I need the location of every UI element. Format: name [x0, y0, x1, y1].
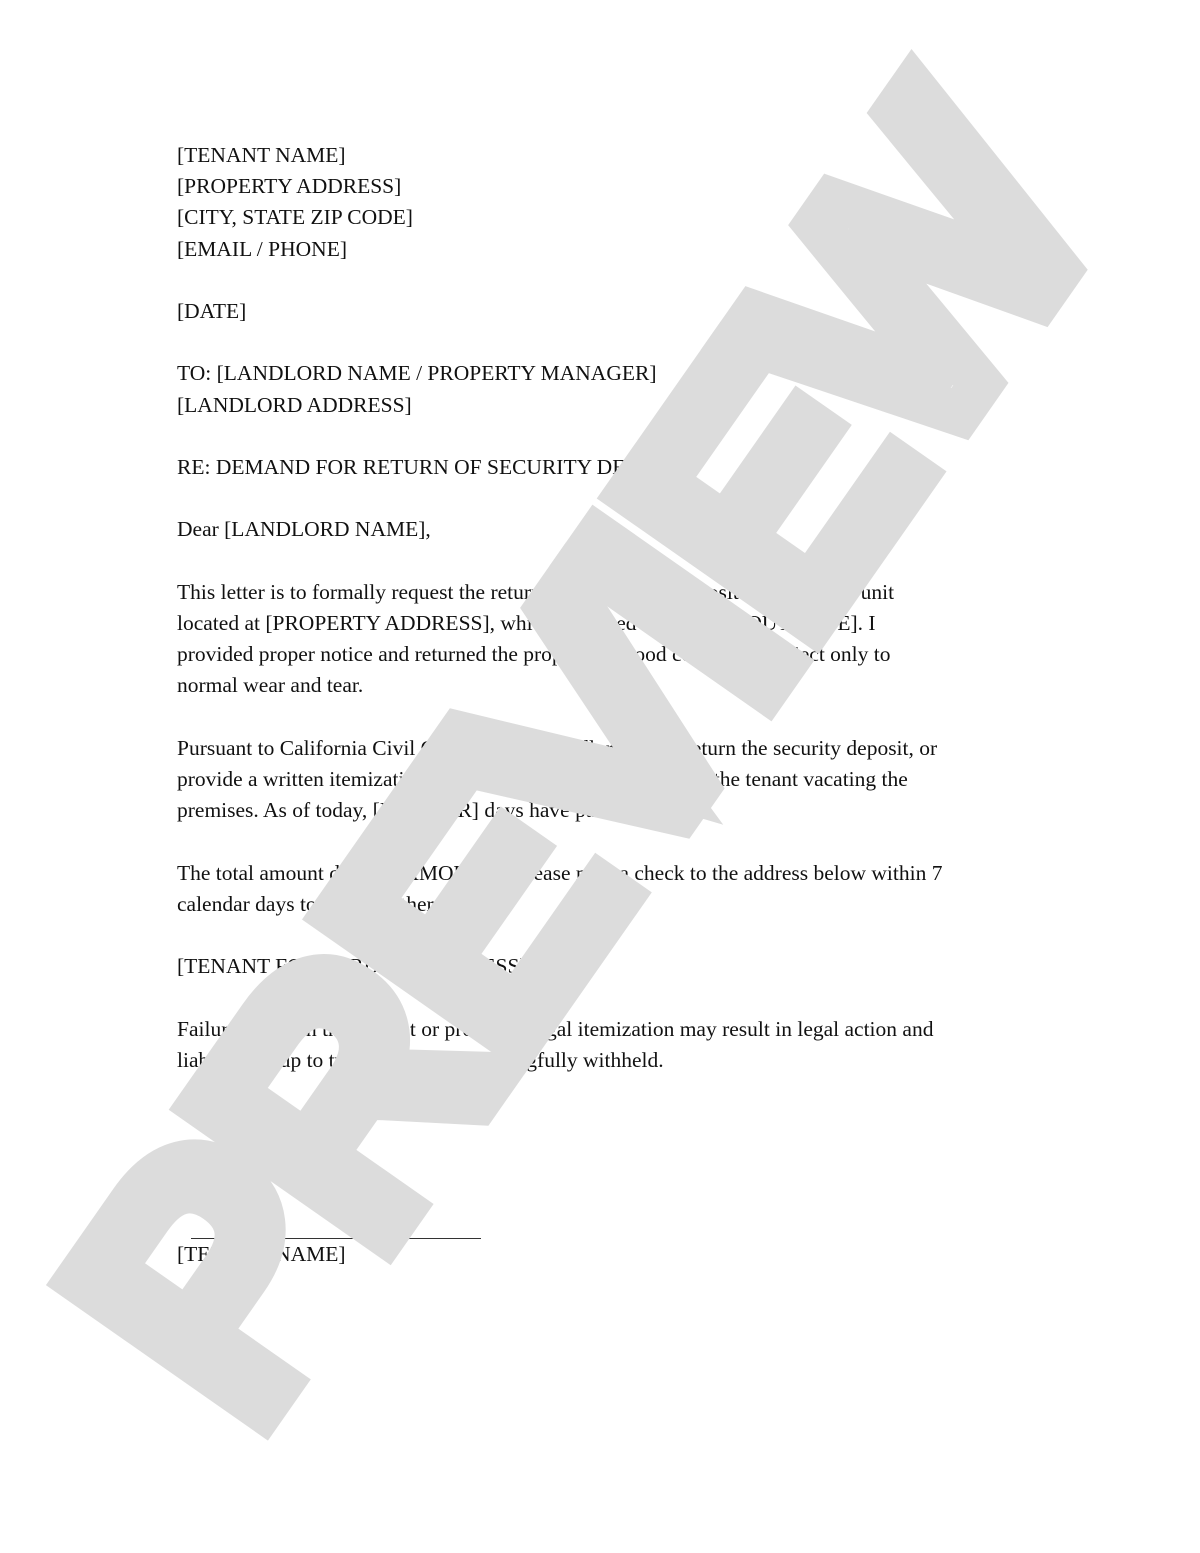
closing: Sincerely, [177, 1169, 1027, 1200]
paragraph: [TENANT FORWARDING ADDRESS] [177, 951, 1027, 982]
paragraph-line: provide a written itemization of deducti… [177, 764, 1027, 795]
paragraph: This letter is to formally request the r… [177, 577, 1027, 702]
sender-name: [TENANT NAME] [177, 140, 1027, 171]
closing-spacer [177, 1107, 1027, 1169]
recipient-address: [LANDLORD ADDRESS] [177, 390, 1027, 421]
recipient-block: TO: [LANDLORD NAME / PROPERTY MANAGER] [… [177, 358, 1027, 420]
paragraph-line: located at [PROPERTY ADDRESS], which I v… [177, 608, 1027, 639]
paragraph-line: [TENANT FORWARDING ADDRESS] [177, 951, 1027, 982]
salutation-block: Dear [LANDLORD NAME], [177, 514, 1027, 545]
paragraph: Pursuant to California Civil Code §1950.… [177, 733, 1027, 827]
paragraph-line: normal wear and tear. [177, 670, 1027, 701]
paragraph-line: calendar days to avoid further action. [177, 889, 1027, 920]
letter-date: [DATE] [177, 296, 1027, 327]
signature-name: [TENANT NAME] [177, 1239, 1027, 1270]
paragraph-line: premises. As of today, [NUMBER] days hav… [177, 795, 1027, 826]
letter-body: [TENANT NAME] [PROPERTY ADDRESS] [CITY, … [177, 140, 1027, 1271]
sender-block: [TENANT NAME] [PROPERTY ADDRESS] [CITY, … [177, 140, 1027, 265]
sender-address: [PROPERTY ADDRESS] [177, 171, 1027, 202]
paragraph: Failure to return the deposit or provide… [177, 1014, 1027, 1076]
sender-contact: [EMAIL / PHONE] [177, 234, 1027, 265]
subject-line: RE: DEMAND FOR RETURN OF SECURITY DEPOSI… [177, 452, 1027, 483]
paragraph-line: provided proper notice and returned the … [177, 639, 1027, 670]
paragraph-line: Failure to return the deposit or provide… [177, 1014, 1027, 1045]
date-block: [DATE] [177, 296, 1027, 327]
paragraph-line: This letter is to formally request the r… [177, 577, 1027, 608]
paragraph-line: The total amount due is $[AMOUNT]. Pleas… [177, 858, 1027, 889]
recipient-to-line: TO: [LANDLORD NAME / PROPERTY MANAGER] [177, 358, 1027, 389]
document-page: [TENANT NAME] [PROPERTY ADDRESS] [CITY, … [0, 0, 1200, 1553]
sender-city-state-zip: [CITY, STATE ZIP CODE] [177, 202, 1027, 233]
paragraph: The total amount due is $[AMOUNT]. Pleas… [177, 858, 1027, 920]
paragraph-line: liability for up to twice the amount wro… [177, 1045, 1027, 1076]
subject-block: RE: DEMAND FOR RETURN OF SECURITY DEPOSI… [177, 452, 1027, 483]
salutation: Dear [LANDLORD NAME], [177, 514, 1027, 545]
paragraph-line: Pursuant to California Civil Code §1950.… [177, 733, 1027, 764]
letter-paragraphs: This letter is to formally request the r… [177, 577, 1027, 1076]
